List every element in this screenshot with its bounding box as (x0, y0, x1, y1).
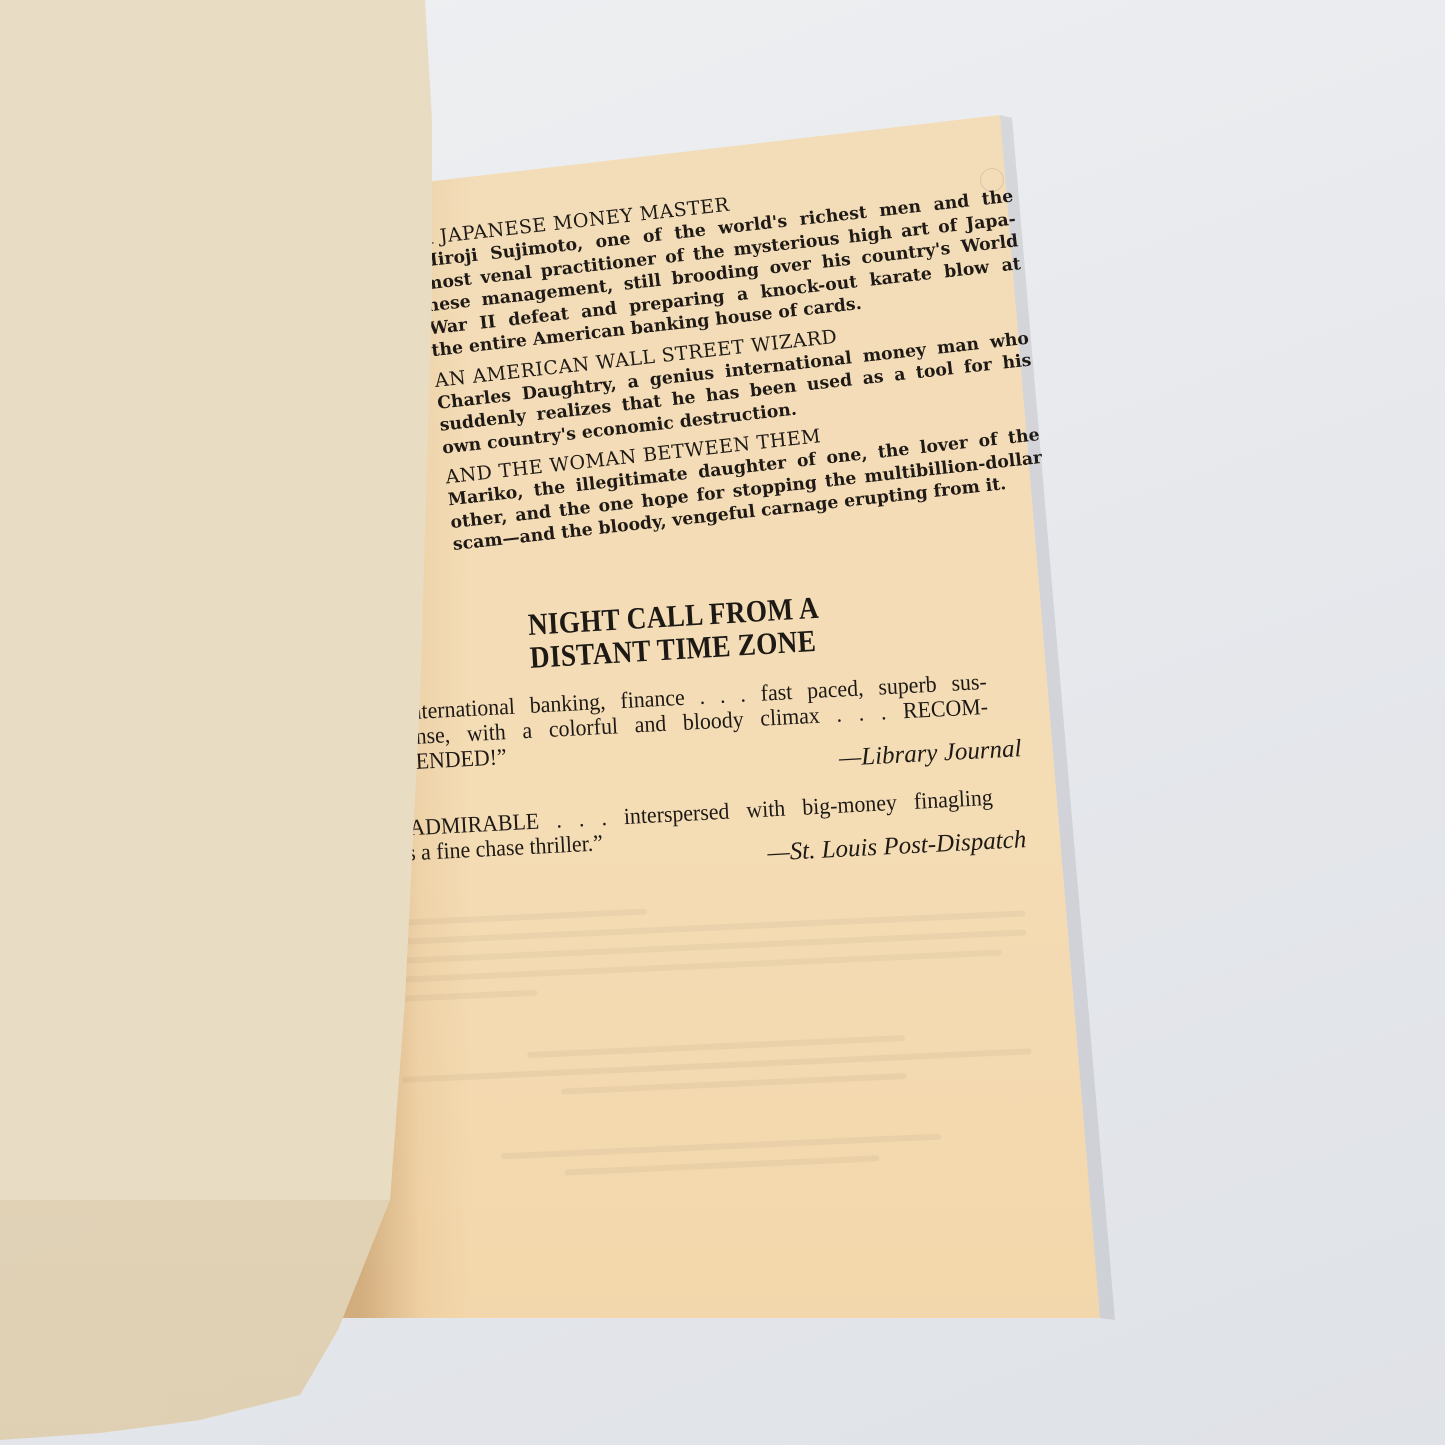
blurb-text-block: A JAPANESE MONEY MASTER Hiroji Sujimoto,… (418, 163, 1046, 564)
review-quotes: “International banking, finance . . . fa… (393, 667, 1028, 906)
photo-scene: A JAPANESE MONEY MASTER Hiroji Sujimoto,… (0, 0, 1445, 1445)
review-quote-post-dispatch: “ADMIRABLE . . . interspersed with big-m… (399, 783, 1027, 885)
bleed-through-text (395, 891, 1037, 1195)
